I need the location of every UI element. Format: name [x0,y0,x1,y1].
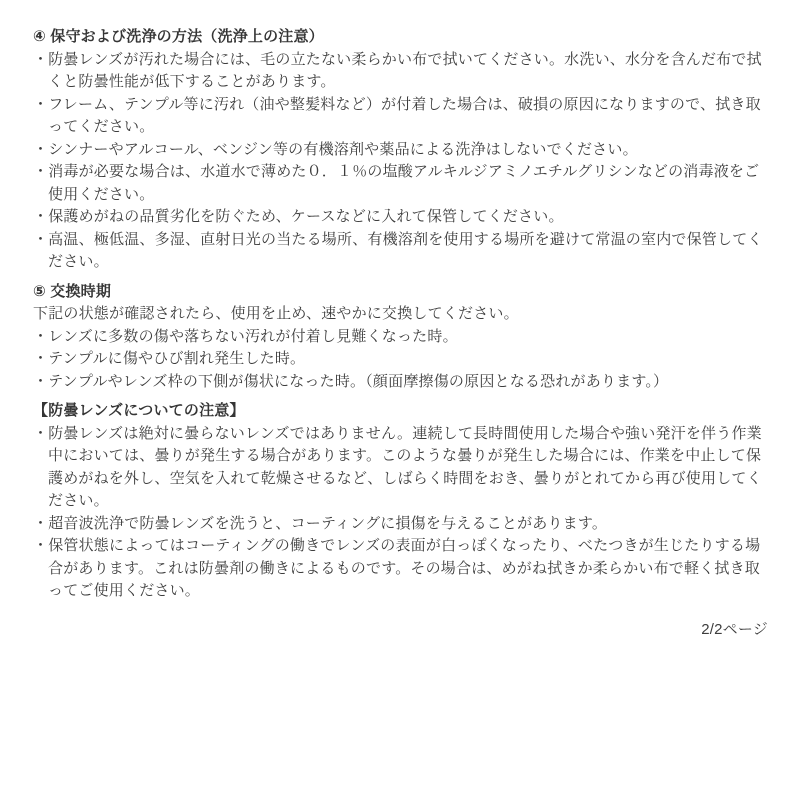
bullet-line: ・フレーム、テンプル等に汚れ（油や整髪料など）が付着した場合は、破損の原因になり… [33,94,770,139]
bullet-line: ・テンプルやレンズ枠の下側が傷状になった時。（顔面摩擦傷の原因となる恐れがありま… [33,371,770,394]
bullet-list: ・防曇レンズは絶対に曇らないレンズではありません。連続して長時間使用した場合や強… [33,423,770,603]
page-number: 2/2ページ [33,619,770,642]
bullet-line: ・保管状態によってはコーティングの働きでレンズの表面が白っぽくなったり、べたつき… [33,535,770,603]
bullet-line: ・テンプルに傷やひび割れ発生した時。 [33,348,770,371]
document-page: ④ 保守および洗浄の方法（洗浄上の注意） ・防曇レンズが汚れた場合には、毛の立た… [33,26,770,641]
bullet-list: ・レンズに多数の傷や落ちない汚れが付着し見難くなった時。・テンプルに傷やひび割れ… [33,326,770,394]
bullet-line: ・消毒が必要な場合は、水道水で薄めた０．１％の塩酸アルキルジアミノエチルグリシン… [33,161,770,206]
section-replacement-time: ⑤ 交換時期 下記の状態が確認されたら、使用を止め、速やかに交換してください。 … [33,281,770,394]
section-antifog-lens-notes: 【防曇レンズについての注意】 ・防曇レンズは絶対に曇らないレンズではありません。… [33,400,770,603]
bullet-line: ・保護めがねの品質劣化を防ぐため、ケースなどに入れて保管してください。 [33,206,770,229]
bullet-line: ・レンズに多数の傷や落ちない汚れが付着し見難くなった時。 [33,326,770,349]
section-heading: ⑤ 交換時期 [33,281,770,304]
section-heading: ④ 保守および洗浄の方法（洗浄上の注意） [33,26,770,49]
section-maintenance-cleaning: ④ 保守および洗浄の方法（洗浄上の注意） ・防曇レンズが汚れた場合には、毛の立た… [33,26,770,274]
section-heading: 【防曇レンズについての注意】 [33,400,770,423]
section-intro: 下記の状態が確認されたら、使用を止め、速やかに交換してください。 [33,303,770,326]
bullet-line: ・高温、極低温、多湿、直射日光の当たる場所、有機溶剤を使用する場所を避けて常温の… [33,229,770,274]
bullet-line: ・防曇レンズが汚れた場合には、毛の立たない柔らかい布で拭いてください。水洗い、水… [33,49,770,94]
bullet-list: ・防曇レンズが汚れた場合には、毛の立たない柔らかい布で拭いてください。水洗い、水… [33,49,770,274]
bullet-line: ・防曇レンズは絶対に曇らないレンズではありません。連続して長時間使用した場合や強… [33,423,770,513]
bullet-line: ・シンナーやアルコール、ベンジン等の有機溶剤や薬品による洗浄はしないでください。 [33,139,770,162]
bullet-line: ・超音波洗浄で防曇レンズを洗うと、コーティングに損傷を与えることがあります。 [33,513,770,536]
